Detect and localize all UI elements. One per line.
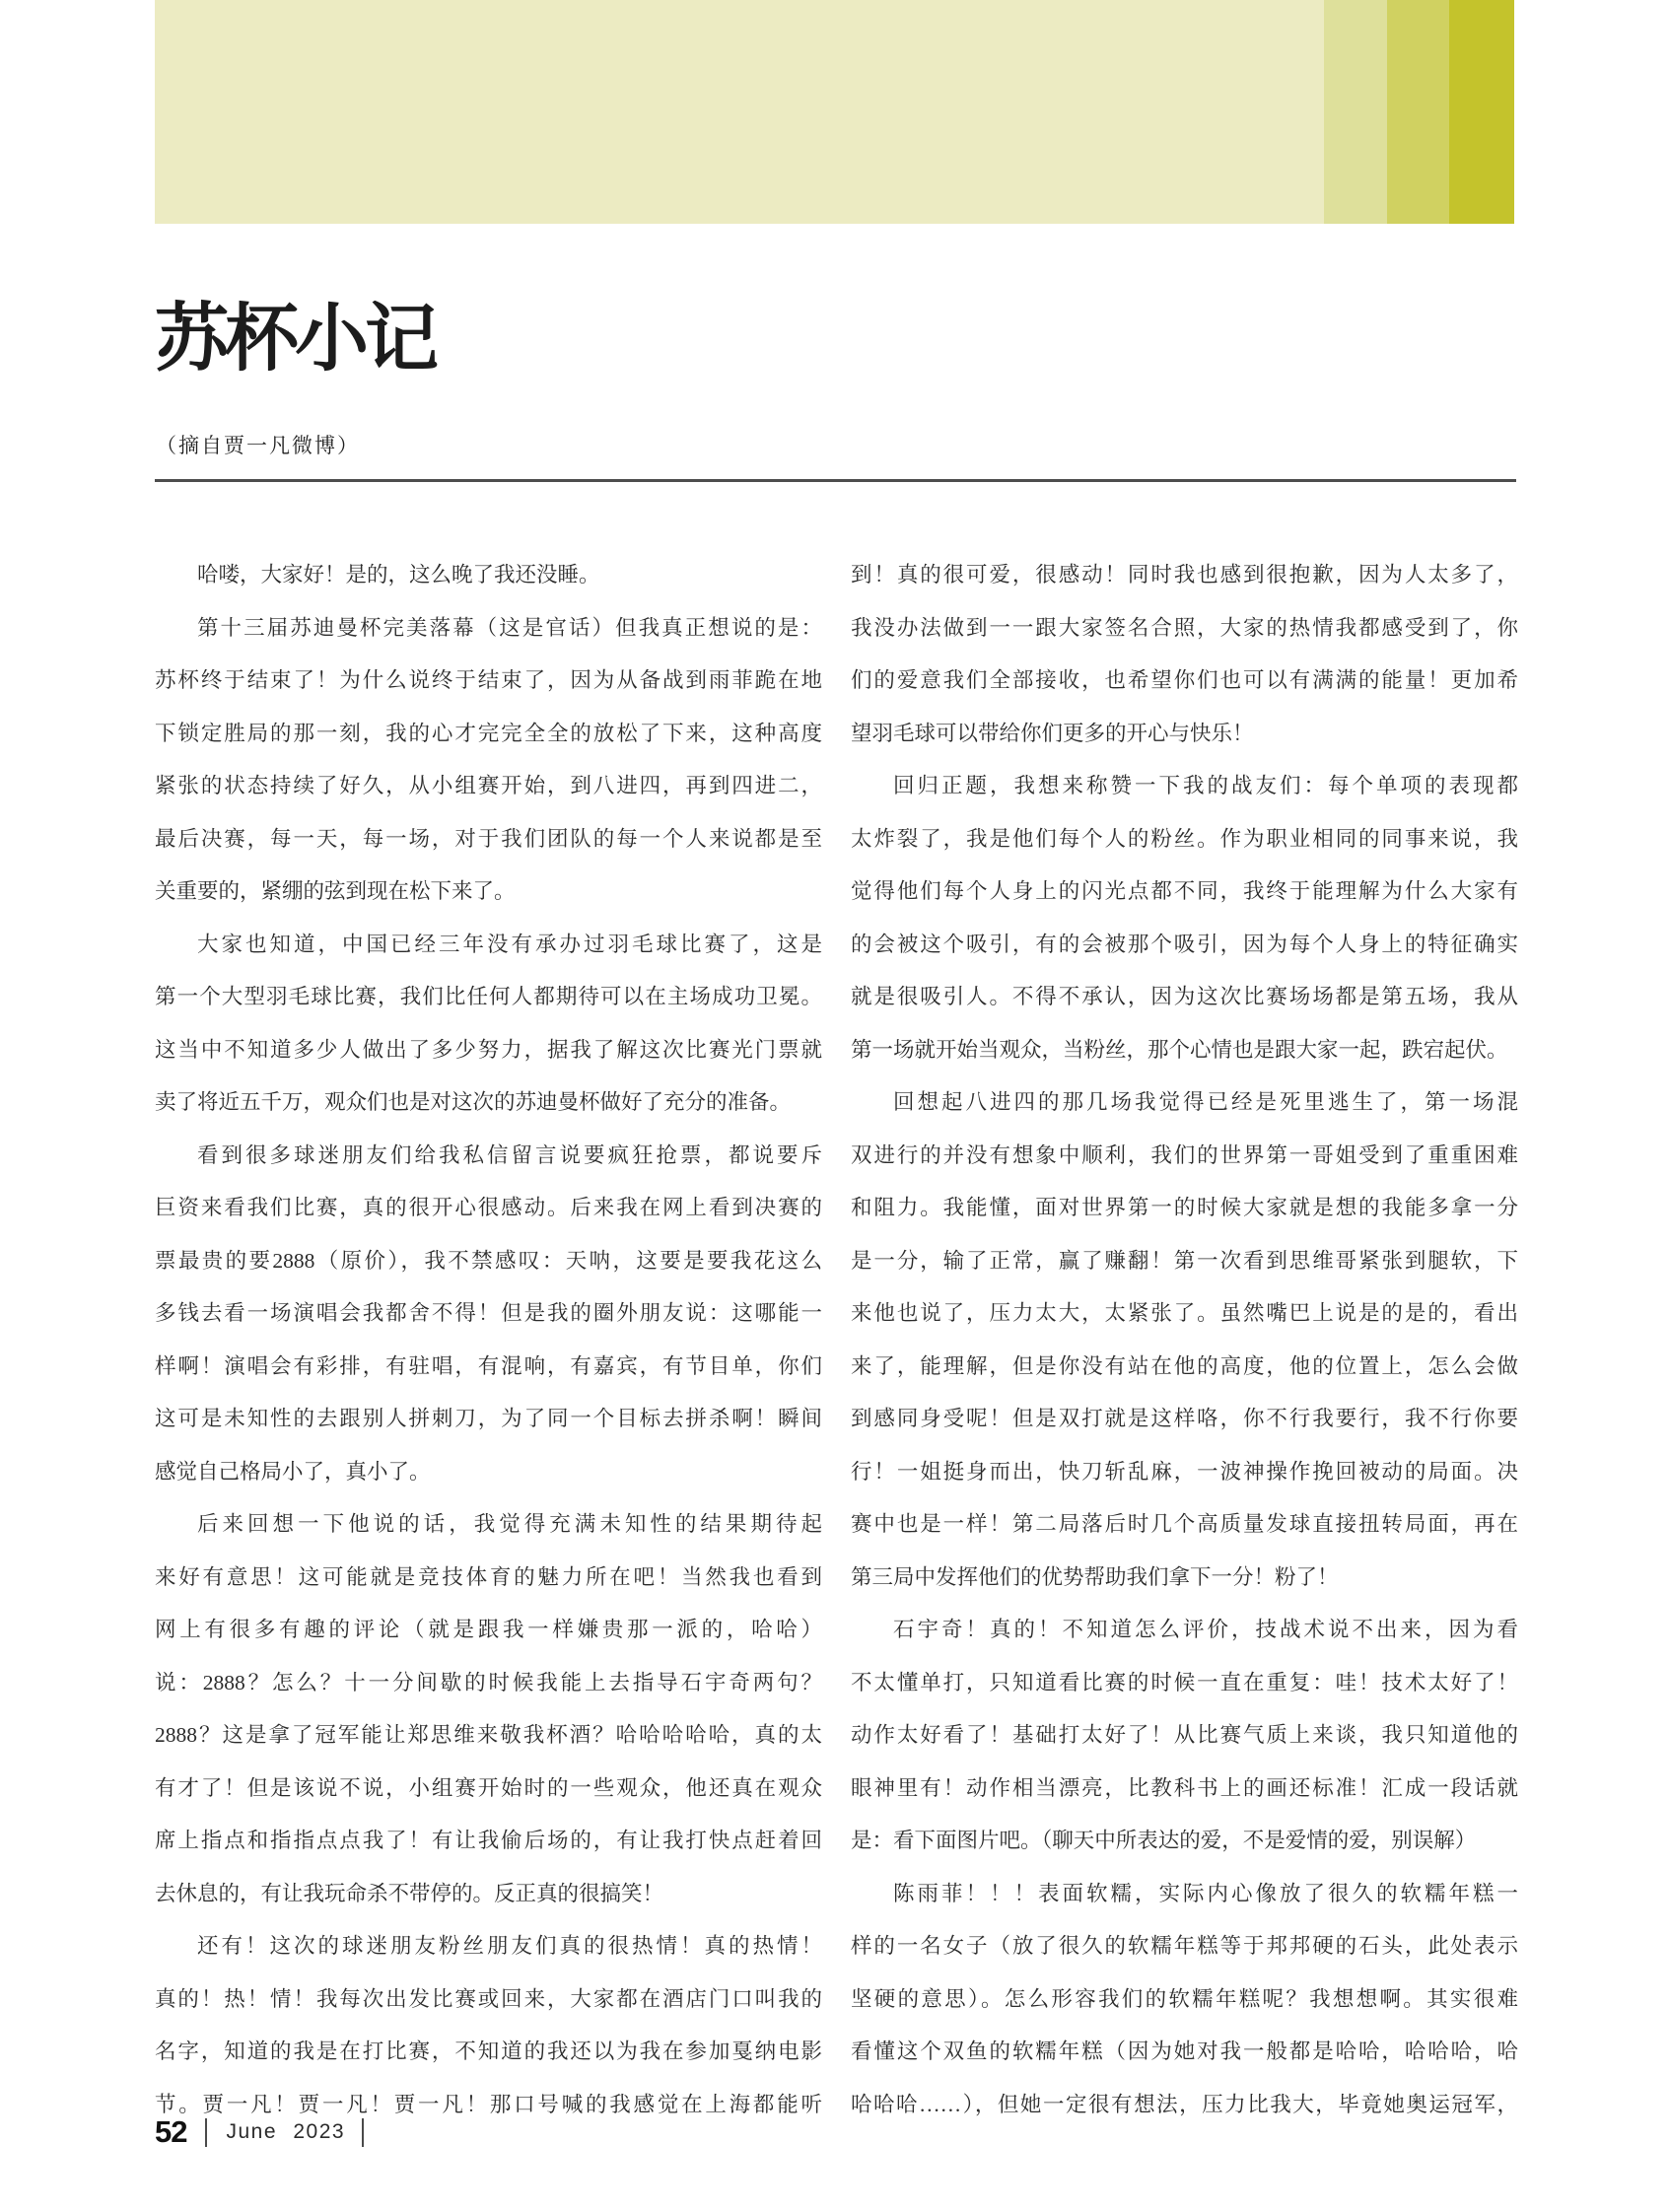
text-line: 看到很多球迷朋友们给我私信留言说要疯狂抢票，都说要斥: [155, 1130, 822, 1183]
text-line: 和阻力。我能懂，面对世界第一的时候大家就是想的我能多拿一分: [851, 1182, 1518, 1235]
text-line: 真的！热！情！我每次出发比赛或回来，大家都在酒店门口叫我的: [155, 1973, 822, 2027]
text-line: 苏杯终于结束了！为什么说终于结束了，因为从备战到雨菲跪在地: [155, 655, 822, 708]
text-line: 2888？这是拿了冠军能让郑思维来敬我杯酒？哈哈哈哈哈，真的太: [155, 1709, 822, 1763]
text-line: 是一分，输了正常，赢了赚翻！第一次看到思维哥紧张到腿软，下: [851, 1235, 1518, 1288]
text-line: 来他也说了，压力太大，太紧张了。虽然嘴巴上说是的是的，看出: [851, 1287, 1518, 1341]
divider-line: [155, 479, 1516, 482]
text-line: 席上指点和指指点点我了！有让我偷后场的，有让我打快点赶着回: [155, 1815, 822, 1868]
text-line: 是：看下面图片吧。（聊天中所表达的爱，不是爱情的爱，别误解）: [851, 1815, 1518, 1868]
text-line: 觉得他们每个人身上的闪光点都不同，我终于能理解为什么大家有: [851, 865, 1518, 919]
text-line: 多钱去看一场演唱会我都舍不得！但是我的圈外朋友说：这哪能一: [155, 1287, 822, 1341]
text-line: 看懂这个双鱼的软糯年糕（因为她对我一般都是哈哈，哈哈哈，哈: [851, 2026, 1518, 2079]
text-line: 去休息的，有让我玩命杀不带停的。反正真的很搞笑！: [155, 1868, 822, 1921]
text-line: 哈哈哈……），但她一定很有想法，压力比我大，毕竟她奥运冠军，: [851, 2079, 1518, 2132]
text-line: 就是很吸引人。不得不承认，因为这次比赛场场都是第五场，我从: [851, 971, 1518, 1024]
text-line: 的会被这个吸引，有的会被那个吸引，因为每个人身上的特征确实: [851, 919, 1518, 972]
text-line: 样啊！演唱会有彩排，有驻唱，有混响，有嘉宾，有节目单，你们: [155, 1341, 822, 1394]
issue-date: June 2023: [226, 2120, 345, 2144]
text-line: 太炸裂了，我是他们每个人的粉丝。作为职业相同的同事来说，我: [851, 813, 1518, 866]
text-line: 说：2888？怎么？十一分间歇的时候我能上去指导石宇奇两句？: [155, 1657, 822, 1710]
text-line: 到！真的很可爱，很感动！同时我也感到很抱歉，因为人太多了，: [851, 549, 1518, 602]
text-line: 我没办法做到一一跟大家签名合照，大家的热情我都感受到了，你: [851, 602, 1518, 656]
text-line: 还有！这次的球迷朋友粉丝朋友们真的很热情！真的热情！: [155, 1920, 822, 1973]
text-line: 动作太好看了！基础打太好了！从比赛气质上来谈，我只知道他的: [851, 1709, 1518, 1763]
text-line: 这当中不知道多少人做出了多少努力，据我了解这次比赛光门票就: [155, 1024, 822, 1077]
text-line: 望羽毛球可以带给你们更多的开心与快乐！: [851, 708, 1518, 761]
header-band-main: [155, 0, 1324, 224]
text-line: 有才了！但是该说不说，小组赛开始时的一些观众，他还真在观众: [155, 1763, 822, 1816]
text-line: 样的一名女子（放了很久的软糯年糕等于邦邦硬的石头，此处表示: [851, 1920, 1518, 1973]
text-line: 回想起八进四的那几场我觉得已经是死里逃生了，第一场混: [851, 1076, 1518, 1130]
text-line: 这可是未知性的去跟别人拼刺刀，为了同一个目标去拼杀啊！瞬间: [155, 1393, 822, 1446]
header-color-band: [155, 0, 1514, 224]
text-column-left: 哈喽，大家好！是的，这么晚了我还没睡。第十三届苏迪曼杯完美落幕（这是官话）但我真…: [155, 549, 822, 2131]
text-line: 眼神里有！动作相当漂亮，比教科书上的画还标准！汇成一段话就: [851, 1763, 1518, 1816]
text-line: 第一个大型羽毛球比赛，我们比任何人都期待可以在主场成功卫冕。: [155, 971, 822, 1024]
text-line: 紧张的状态持续了好久，从小组赛开始，到八进四，再到四进二，: [155, 760, 822, 813]
text-line: 双进行的并没有想象中顺利，我们的世界第一哥姐受到了重重困难: [851, 1130, 1518, 1183]
header-band-stripe: [1449, 0, 1514, 224]
header-band-stripe: [1387, 0, 1449, 224]
text-line: 哈喽，大家好！是的，这么晚了我还没睡。: [155, 549, 822, 602]
text-line: 巨资来看我们比赛，真的很开心很感动。后来我在网上看到决赛的: [155, 1182, 822, 1235]
text-line: 票最贵的要2888（原价），我不禁感叹：天呐，这要是要我花这么: [155, 1235, 822, 1288]
text-line: 后来回想一下他说的话，我觉得充满未知性的结果期待起: [155, 1498, 822, 1552]
text-line: 网上有很多有趣的评论（就是跟我一样嫌贵那一派的，哈哈）: [155, 1604, 822, 1657]
text-line: 名字，知道的我是在打比赛，不知道的我还以为我在参加戛纳电影: [155, 2026, 822, 2079]
text-line: 来好有意思！这可能就是竞技体育的魅力所在吧！当然我也看到: [155, 1552, 822, 1605]
text-line: 第一场就开始当观众，当粉丝，那个心情也是跟大家一起，跌宕起伏。: [851, 1024, 1518, 1077]
magazine-page: 苏杯小记 （摘自贾一凡微博） 哈喽，大家好！是的，这么晚了我还没睡。第十三届苏迪…: [0, 0, 1669, 2212]
text-line: 赛中也是一样！第二局落后时几个高质量发球直接扭转局面，再在: [851, 1498, 1518, 1552]
page-number: 52: [155, 2114, 186, 2150]
text-line: 卖了将近五千万，观众们也是对这次的苏迪曼杯做好了充分的准备。: [155, 1076, 822, 1130]
text-line: 石宇奇！真的！不知道怎么评价，技战术说不出来，因为看: [851, 1604, 1518, 1657]
text-line: 下锁定胜局的那一刻，我的心才完完全全的放松了下来，这种高度: [155, 708, 822, 761]
header-band-stripe: [1324, 0, 1387, 224]
footer-separator-bar: [205, 2118, 207, 2147]
text-column-right: 到！真的很可爱，很感动！同时我也感到很抱歉，因为人太多了，我没办法做到一一跟大家…: [851, 549, 1518, 2131]
text-line: 第十三届苏迪曼杯完美落幕（这是官话）但我真正想说的是：: [155, 602, 822, 656]
text-line: 感觉自己格局小了，真小了。: [155, 1446, 822, 1499]
text-line: 坚硬的意思）。怎么形容我们的软糯年糕呢？我想想啊。其实很难: [851, 1973, 1518, 2027]
text-line: 行！一姐挺身而出，快刀斩乱麻，一波神操作挽回被动的局面。决: [851, 1446, 1518, 1499]
text-line: 不太懂单打，只知道看比赛的时候一直在重复：哇！技术太好了！: [851, 1657, 1518, 1710]
text-line: 最后决赛，每一天，每一场，对于我们团队的每一个人来说都是至: [155, 813, 822, 866]
text-line: 第三局中发挥他们的优势帮助我们拿下一分！粉了！: [851, 1552, 1518, 1605]
text-line: 陈雨菲！！！表面软糯，实际内心像放了很久的软糯年糕一: [851, 1868, 1518, 1921]
text-line: 大家也知道，中国已经三年没有承办过羽毛球比赛了，这是: [155, 919, 822, 972]
page-subtitle: （摘自贾一凡微博）: [156, 430, 360, 459]
footer-separator-bar: [362, 2118, 364, 2147]
page-footer: 52 June 2023: [155, 2115, 382, 2149]
text-line: 来了，能理解，但是你没有站在他的高度，他的位置上，怎么会做: [851, 1341, 1518, 1394]
text-line: 关重要的，紧绷的弦到现在松下来了。: [155, 865, 822, 919]
text-line: 们的爱意我们全部接收，也希望你们也可以有满满的能量！更加希: [851, 655, 1518, 708]
text-line: 回归正题，我想来称赞一下我的战友们：每个单项的表现都: [851, 760, 1518, 813]
page-title: 苏杯小记: [155, 299, 435, 378]
text-line: 到感同身受呢！但是双打就是这样咯，你不行我要行，我不行你要: [851, 1393, 1518, 1446]
